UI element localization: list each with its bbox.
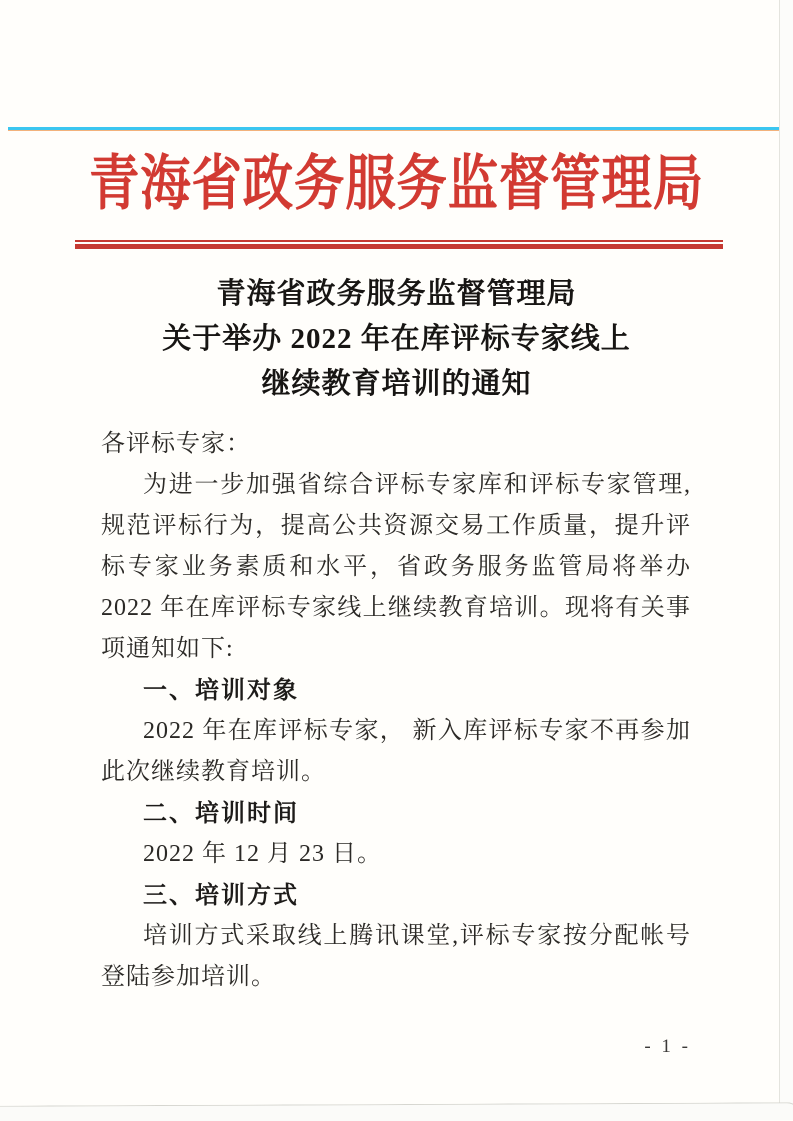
document-body: 各评标专家： 为进一步加强省综合评标专家库和评标专家管理,规范评标行为，提高公共… [101,424,691,998]
document-title-line-3: 继续教育培训的通知 [0,362,793,407]
page-edge-right [779,0,793,1108]
section-2-text: 2022 年 12 月 23 日。 [101,834,691,875]
intro-paragraph: 为进一步加强省综合评标专家库和评标专家管理,规范评标行为，提高公共资源交易工作质… [101,465,691,670]
masthead-org-name: 青海省政务服务监督管理局 [63,148,729,220]
page-number: - 1 - [644,1036,691,1058]
scanned-document-page: 青海省政务服务监督管理局 青海省政务服务监督管理局 关于举办 2022 年在库评… [0,0,793,1121]
document-title: 青海省政务服务监督管理局 关于举办 2022 年在库评标专家线上 继续教育培训的… [0,272,793,407]
document-title-line-2: 关于举办 2022 年在库评标专家线上 [0,317,793,362]
section-1-text: 2022 年在库评标专家， 新入库评标专家不再参加此次继续教育培训。 [101,711,691,793]
masthead-red-rule [75,240,723,249]
document-title-line-1: 青海省政务服务监督管理局 [0,272,793,317]
section-3-heading: 三、培训方式 [101,875,691,916]
section-1-heading: 一、培训对象 [101,670,691,711]
section-3-text: 培训方式采取线上腾讯课堂,评标专家按分配帐号登陆参加培训。 [101,916,691,998]
scan-artifact-top-line [8,127,779,131]
section-2-heading: 二、培训时间 [101,793,691,834]
page-edge-bottom [0,1102,793,1121]
salutation: 各评标专家： [101,424,691,465]
